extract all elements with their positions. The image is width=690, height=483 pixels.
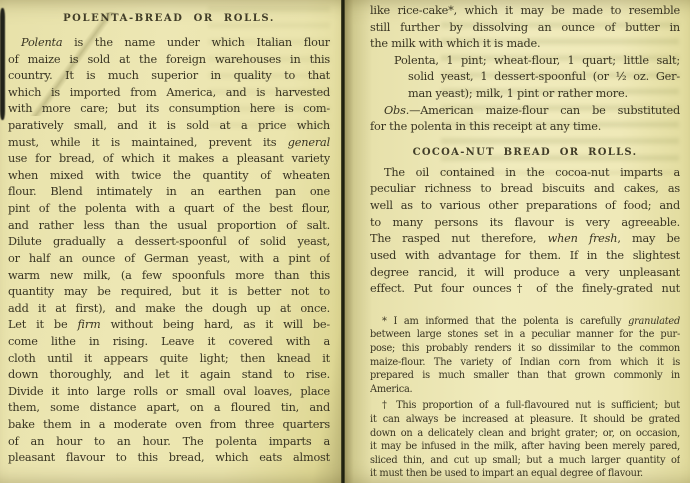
text-line: well as to various other preparations of… xyxy=(370,198,680,215)
text-line: Polenta is the name under which Italian … xyxy=(8,35,330,52)
text-line: † This proportion of a full-flavoured nu… xyxy=(370,399,680,413)
text-line: warm new milk, (a few spoonfuls more tha… xyxy=(8,268,330,285)
scan-edge-artifact xyxy=(0,8,5,120)
text-line: use for bread, of which it makes a pleas… xyxy=(8,151,330,168)
text-line: come lithe in rising. Leave it covered w… xyxy=(8,334,330,351)
text-line: them, some distance apart, on a floured … xyxy=(8,400,330,417)
text-line: it may be infused in the milk, after hav… xyxy=(370,440,680,454)
text-line: Let it be firm without being hard, as it… xyxy=(8,317,330,334)
text-line: Obs.—American maize-flour can be substit… xyxy=(370,103,680,120)
text-line: pint of the polenta with a quart of the … xyxy=(8,201,330,218)
text-line: Dilute gradually a dessert-spoonful of s… xyxy=(8,234,330,251)
text-line: cloth until it appears quite light; then… xyxy=(8,351,330,368)
text-line: used with advantage for them. If in the … xyxy=(370,248,680,265)
text-line: sliced thin, and cut up small; but a muc… xyxy=(370,454,680,468)
observation-paragraph: Obs.—American maize-flour can be substit… xyxy=(370,103,680,136)
text-line: like rice-cake*, which it may be made to… xyxy=(370,3,680,20)
right-page-content: like rice-cake*, which it may be made to… xyxy=(370,3,680,481)
left-page-heading: POLENTA-BREAD OR ROLLS. xyxy=(8,13,330,24)
text-line: add it at first), and make the dough up … xyxy=(8,301,330,318)
text-line: pleasant flavour to this bread, which ea… xyxy=(8,450,330,467)
text-line: of an hour to an hour. The polenta impar… xyxy=(8,434,330,451)
footnotes: * I am informed that the polenta is care… xyxy=(370,315,680,481)
text-line: down thoroughly, and let it again stand … xyxy=(8,367,330,384)
text-line: it can always be increased at pleasure. … xyxy=(370,413,680,427)
recipe-block: Polenta, 1 pint; wheat-flour, 1 quart; l… xyxy=(370,53,680,103)
text-line: effect. Put four ounces† of the finely-g… xyxy=(370,281,680,298)
text-line: The rasped nut therefore, when fresh, ma… xyxy=(370,231,680,248)
text-line: pose; this probably renders it so dissim… xyxy=(370,342,680,356)
footnote-dagger: † This proportion of a full-flavoured nu… xyxy=(370,399,680,481)
text-line: the milk with which it is made. xyxy=(370,36,680,53)
text-line: solid yeast, 1 dessert-spoonful (or ½ oz… xyxy=(370,69,680,86)
right-page: like rice-cake*, which it may be made to… xyxy=(345,0,690,483)
text-line: America. xyxy=(370,383,680,397)
text-line: to many persons its flavour is very agre… xyxy=(370,215,680,232)
left-page-paragraph: Polenta is the name under which Italian … xyxy=(8,35,330,467)
text-line: Polenta, 1 pint; wheat-flour, 1 quart; l… xyxy=(370,53,680,70)
left-page: POLENTA-BREAD OR ROLLS. Polenta is the n… xyxy=(0,0,341,483)
text-line: paratively small, and it is sold at a pr… xyxy=(8,118,330,135)
section-paragraph: The oil contained in the cocoa-nut impar… xyxy=(370,165,680,298)
text-line: down on a delicately clean and bright gr… xyxy=(370,427,680,441)
footnote-star: * I am informed that the polenta is care… xyxy=(370,315,680,397)
text-line: maize-flour. The variety of Indian corn … xyxy=(370,356,680,370)
text-line: * I am informed that the polenta is care… xyxy=(370,315,680,329)
text-line: when mixed with twice the quantity of wh… xyxy=(8,168,330,185)
text-line: Divide it into large rolls or small oval… xyxy=(8,384,330,401)
continued-paragraph: like rice-cake*, which it may be made to… xyxy=(370,3,680,53)
text-line: still further by dissolving an ounce of … xyxy=(370,20,680,37)
text-line: prepared is much smaller than that grown… xyxy=(370,369,680,383)
text-line: degree rancid, it will produce a very un… xyxy=(370,265,680,282)
text-line: must, while it is maintained, prevent it… xyxy=(8,135,330,152)
text-line: bake them in a moderate oven from three … xyxy=(8,417,330,434)
text-line: and rather less than the usual proportio… xyxy=(8,218,330,235)
text-line: The oil contained in the cocoa-nut impar… xyxy=(370,165,680,182)
text-line: peculiar richness to bread biscuits and … xyxy=(370,181,680,198)
text-line: for the polenta in this receipt at any t… xyxy=(370,119,680,136)
text-line: which is imported from America, and is h… xyxy=(8,85,330,102)
text-line: between large stones set in a peculiar m… xyxy=(370,328,680,342)
text-line: or half an ounce of German yeast, with a… xyxy=(8,251,330,268)
text-line: man yeast); milk, 1 pint or rather more. xyxy=(370,86,680,103)
text-line: quantity may be required, but it is bett… xyxy=(8,284,330,301)
text-line: flour. Blend intimately in an earthen pa… xyxy=(8,184,330,201)
section-heading: COCOA-NUT BREAD OR ROLLS. xyxy=(370,147,680,158)
text-line: of maize is sold at the foreign warehous… xyxy=(8,52,330,69)
text-line: it must then be used to impart an equal … xyxy=(370,467,680,481)
text-line: country. It is much superior in quality … xyxy=(8,68,330,85)
text-line: with more care; but its consumption here… xyxy=(8,101,330,118)
book-scan: POLENTA-BREAD OR ROLLS. Polenta is the n… xyxy=(0,0,690,483)
